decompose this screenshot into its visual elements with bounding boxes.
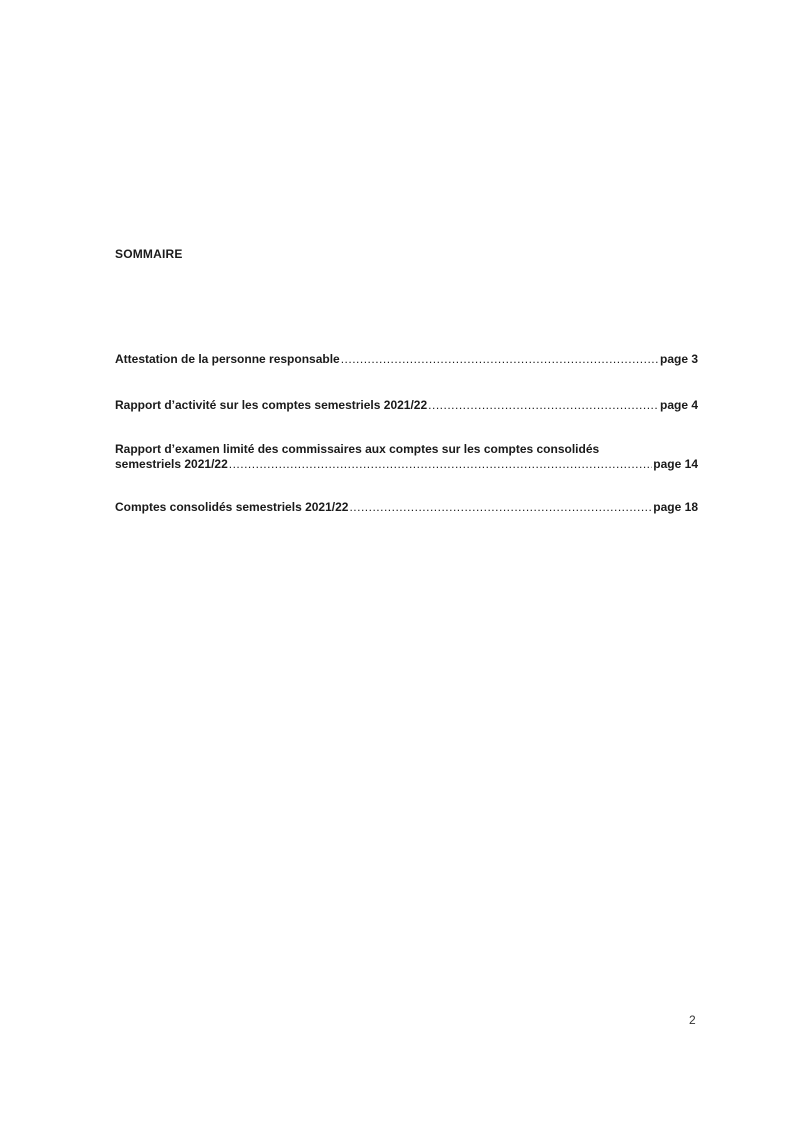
toc-entry-page: page 18 [653, 500, 698, 514]
toc-entry-page: page 4 [660, 398, 698, 412]
toc-entry-comptes-consolides[interactable]: Comptes consolidés semestriels 2021/22 p… [115, 500, 698, 515]
toc-entry-label: Rapport d’activité sur les comptes semes… [115, 398, 427, 412]
toc-entry-rapport-examen[interactable]: Rapport d’examen limité des commissaires… [115, 442, 698, 472]
toc-entry-rapport-activite[interactable]: Rapport d’activité sur les comptes semes… [115, 398, 698, 413]
toc-leader-dots [341, 352, 659, 366]
toc-entry-label: Comptes consolidés semestriels 2021/22 [115, 500, 348, 514]
toc-leader-dots [428, 398, 659, 412]
toc-leader-dots [349, 500, 652, 514]
toc-entry-page: page 14 [653, 457, 698, 471]
toc-entry-page: page 3 [660, 352, 698, 366]
toc-entry-label-line1: Rapport d’examen limité des commissaires… [115, 442, 698, 457]
page-title: SOMMAIRE [115, 247, 183, 261]
toc-entry-label: Attestation de la personne responsable [115, 352, 340, 366]
toc-entry-attestation[interactable]: Attestation de la personne responsable p… [115, 352, 698, 367]
toc-entry-label: semestriels 2021/22 [115, 457, 228, 471]
toc-leader-dots [229, 457, 653, 471]
page-number: 2 [689, 1013, 696, 1027]
